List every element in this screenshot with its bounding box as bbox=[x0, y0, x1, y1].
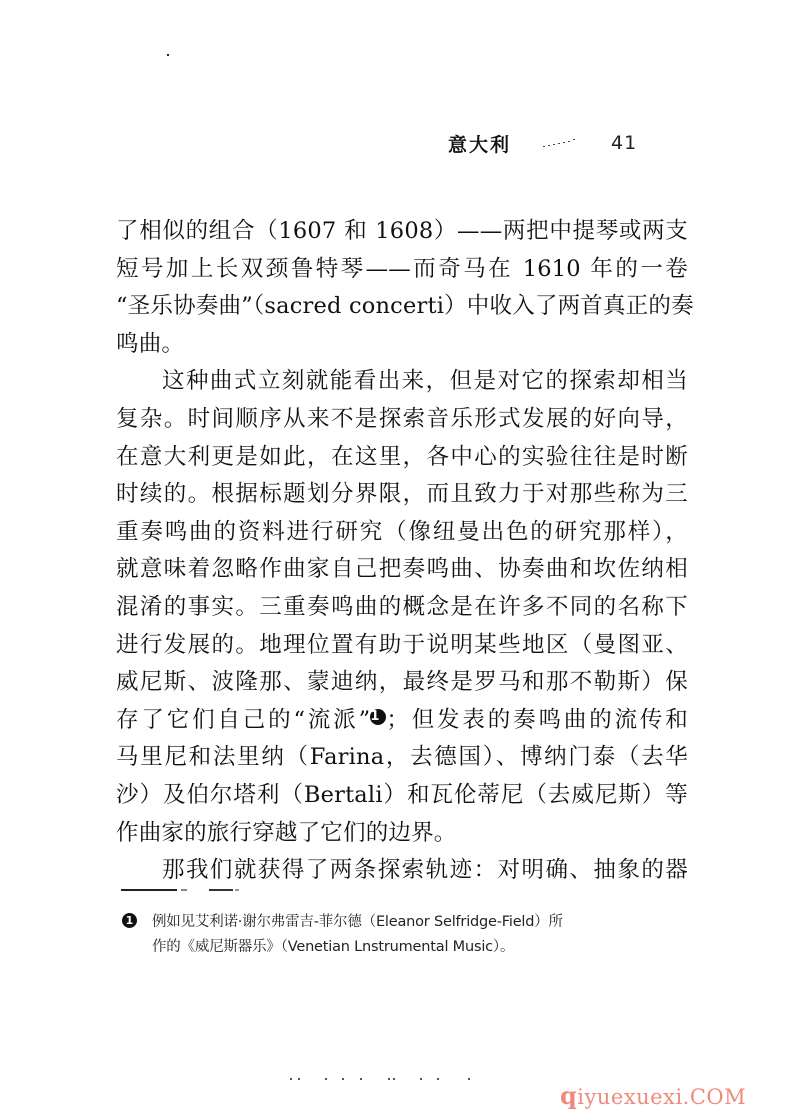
footnote-line: 作的《威尼斯器乐》（Venetian Lnstrumental Music）。 bbox=[152, 935, 692, 960]
footnote-divider bbox=[121, 889, 241, 891]
text-line: 威尼斯、波隆那、蒙迪纳，最终是罗马和那不勒斯）保 bbox=[116, 664, 688, 702]
text-line-with-footnote: 存了它们自己的“流派”1；但发表的奏鸣曲的流传和 bbox=[116, 702, 688, 740]
watermark-text: iyuexuexi.COM bbox=[577, 1085, 746, 1109]
footnote-line: 例如见艾利诺·谢尔弗雷吉-菲尔德（Eleanor Selfridge-Field… bbox=[152, 910, 692, 935]
text-line: “圣乐协奏曲”（sacred concerti）中收入了两首真正的奏 bbox=[116, 288, 688, 326]
text-line: 沙）及伯尔塔利（Bertali）和瓦伦蒂尼（去威尼斯）等 bbox=[116, 777, 688, 815]
text-line: 进行发展的。地理位置有助于说明某些地区（曼图亚、 bbox=[116, 627, 688, 665]
text-line: 鸣曲。 bbox=[116, 326, 688, 364]
text-line: 重奏鸣曲的资料进行研究（像纽曼出色的研究那样）， bbox=[116, 514, 688, 552]
text-line: 在意大利更是如此，在这里，各中心的实验往往是时断 bbox=[116, 439, 688, 477]
watermark-q: q bbox=[560, 1081, 577, 1110]
text-line: 混淆的事实。三重奏鸣曲的概念是在许多不同的名称下 bbox=[116, 589, 688, 627]
footnote-marker: 1 bbox=[122, 913, 137, 928]
running-head: 意大利 41 bbox=[448, 128, 637, 158]
book-page: 意大利 41 了相似的组合（1607 和 1608）——两把中提琴或两支 短号加… bbox=[0, 0, 794, 1120]
scan-noise bbox=[290, 1078, 490, 1082]
text-line: 复杂。时间顺序从来不是探索音乐形式发展的好向导， bbox=[116, 401, 688, 439]
footnote: 1 例如见艾利诺·谢尔弗雷吉-菲尔德（Eleanor Selfridge-Fie… bbox=[152, 910, 692, 960]
text-line: 马里尼和法里纳（Farina，去德国）、博纳门泰（去华 bbox=[116, 739, 688, 777]
page-number: 41 bbox=[611, 132, 637, 154]
ornament-icon bbox=[541, 138, 581, 148]
text-line: 作曲家的旅行穿越了它们的边界。 bbox=[116, 815, 688, 853]
text-line: 了相似的组合（1607 和 1608）——两把中提琴或两支 bbox=[116, 213, 688, 251]
paragraph-start-line: 那我们就获得了两条探索轨迹：对明确、抽象的器 bbox=[116, 852, 688, 890]
footnote-reference[interactable]: 1 bbox=[370, 709, 386, 725]
paragraph-start-line: 这种曲式立刻就能看出来，但是对它的探索却相当 bbox=[116, 363, 688, 401]
text-line: 时续的。根据标题划分界限，而且致力于对那些称为三 bbox=[116, 476, 688, 514]
chapter-title: 意大利 bbox=[448, 130, 511, 157]
body-text: 了相似的组合（1607 和 1608）——两把中提琴或两支 短号加上长双颈鲁特琴… bbox=[116, 213, 688, 890]
text-segment: 存了它们自己的“流派” bbox=[116, 707, 370, 733]
text-line: 短号加上长双颈鲁特琴——而奇马在 1610 年的一卷 bbox=[116, 251, 688, 289]
text-line: 就意味着忽略作曲家自己把奏鸣曲、协奏曲和坎佐纳相 bbox=[116, 551, 688, 589]
watermark-logo: qiyuexuexi.COM bbox=[560, 1081, 746, 1110]
text-segment: ；但发表的奏鸣曲的流传和 bbox=[386, 707, 688, 733]
scan-speck bbox=[167, 54, 169, 56]
